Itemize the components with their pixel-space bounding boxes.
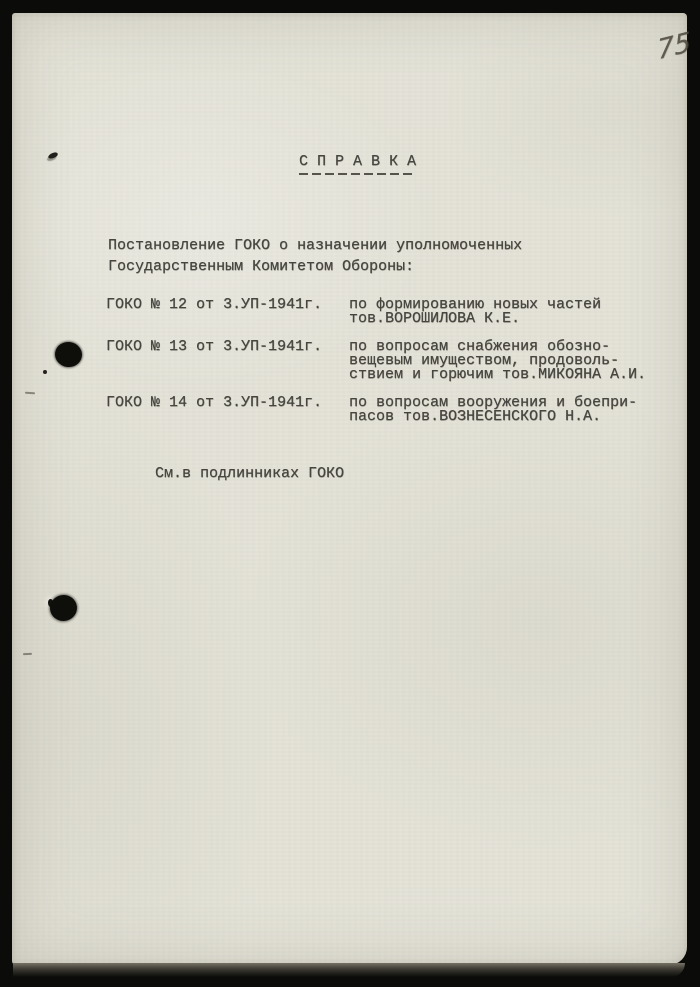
handwritten-page-number: 75	[656, 27, 692, 67]
intro-line: Государственным Комитетом Обороны:	[108, 256, 522, 277]
document-page: 75 С П Р А В К А Постановление ГОКО о на…	[12, 13, 687, 965]
description-line: тов.ВОРОШИЛОВА К.Е.	[349, 312, 601, 326]
decree-entry-13: ГОКО № 13 от 3.УП-1941г. по вопросам сна…	[106, 340, 646, 382]
ink-speck-mark	[47, 152, 58, 160]
paper-bottom-edge-shadow	[13, 963, 685, 977]
intro-line: Постановление ГОКО о назначении уполномо…	[108, 235, 522, 256]
decree-reference: ГОКО № 12 от 3.УП-1941г.	[106, 298, 349, 326]
ink-speck-mark	[43, 370, 47, 374]
decree-description: по формированию новых частей тов.ВОРОШИЛ…	[349, 298, 601, 326]
intro-paragraph: Постановление ГОКО о назначении уполномо…	[108, 235, 522, 277]
decree-reference: ГОКО № 13 от 3.УП-1941г.	[106, 340, 349, 382]
description-line: ствием и горючим тов.МИКОЯНА А.И.	[349, 368, 646, 382]
description-line: пасов тов.ВОЗНЕСЕНСКОГО Н.А.	[349, 410, 637, 424]
document-title: С П Р А В К А	[299, 153, 416, 175]
pencil-dash-mark	[23, 653, 32, 655]
pencil-dash-mark	[25, 392, 35, 395]
decree-description: по вопросам вооружения и боепри- пасов т…	[349, 396, 637, 424]
scanned-document-view: 75 С П Р А В К А Постановление ГОКО о на…	[0, 0, 700, 987]
decree-reference: ГОКО № 14 от 3.УП-1941г.	[106, 396, 349, 424]
footer-note: См.в подлинниках ГОКО	[155, 466, 344, 482]
decree-entry-14: ГОКО № 14 от 3.УП-1941г. по вопросам воо…	[106, 396, 637, 424]
decree-description: по вопросам снабжения обозно- вещевым им…	[349, 340, 646, 382]
decree-entry-12: ГОКО № 12 от 3.УП-1941г. по формированию…	[106, 298, 601, 326]
